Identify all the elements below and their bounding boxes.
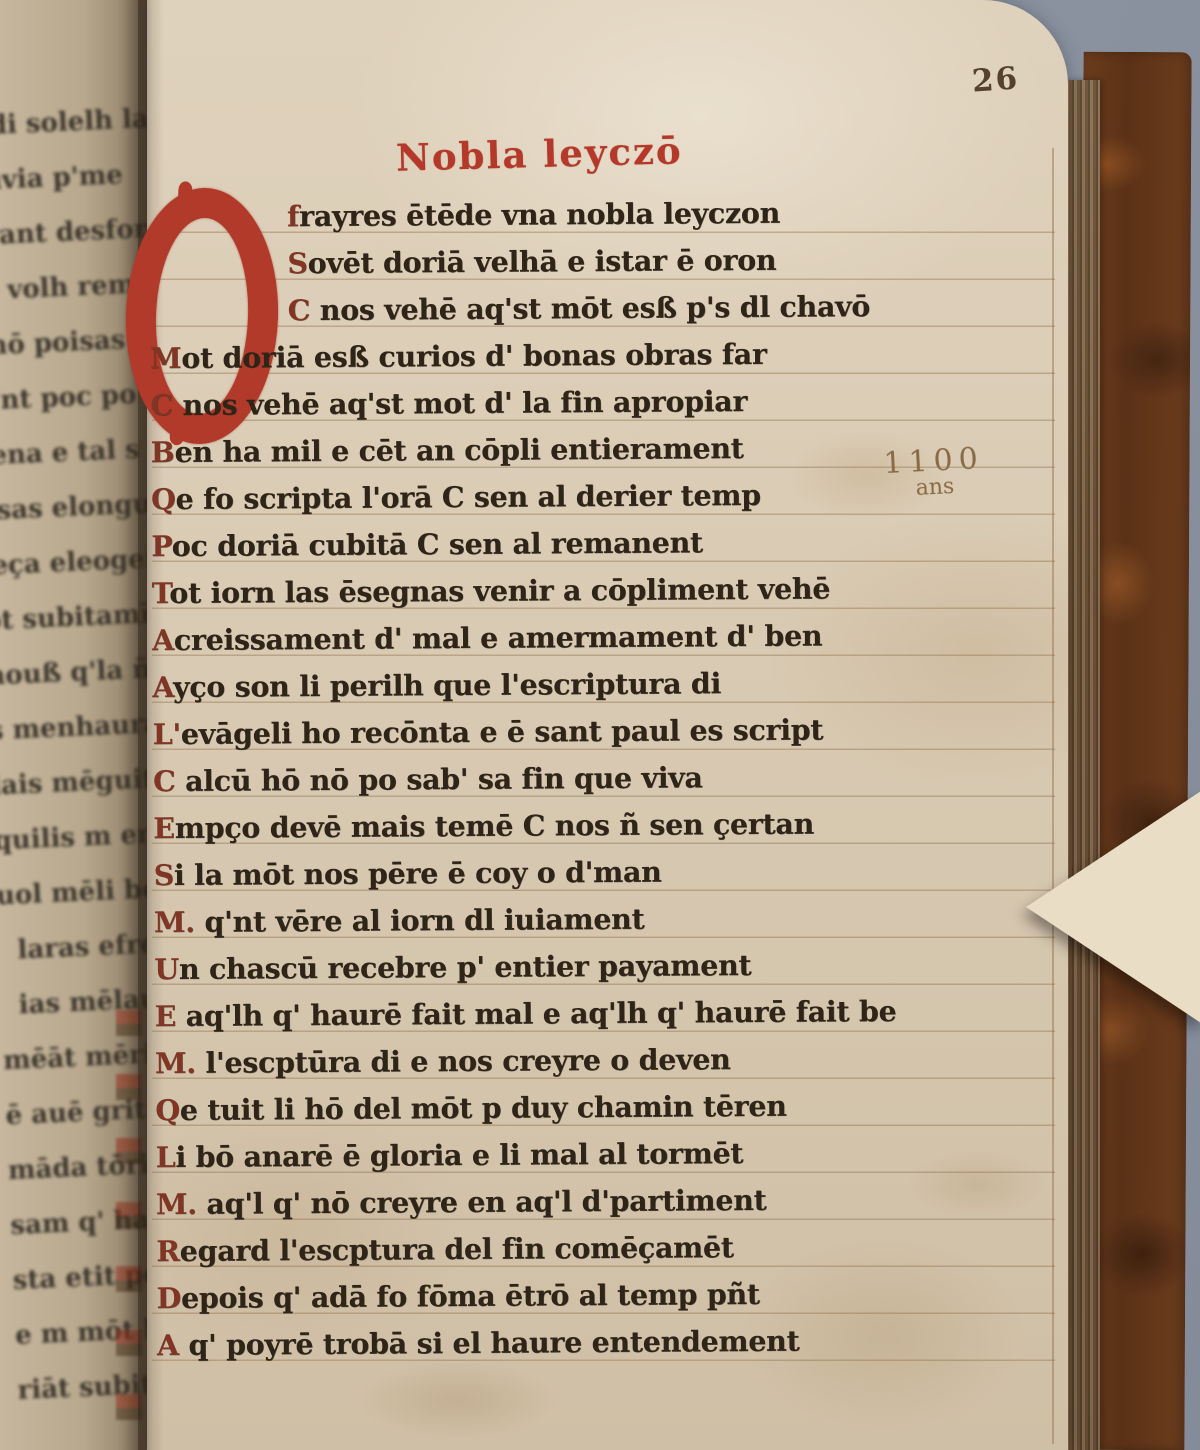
text-line: Tot iorn las ēsegnas venir a cōpliment v… — [152, 565, 1057, 618]
text-line: E aq'lh q' haurē fait mal e aq'lh q' hau… — [154, 988, 1059, 1041]
facing-text-fragment: enō poisas de — [0, 313, 131, 375]
text-line: M. l'escptūra di e nos creyre o deven — [155, 1035, 1060, 1088]
text-line: Si la mōt nos pēre ē coy o d'man — [154, 847, 1059, 900]
text-line: A q' poyrē trobā si el haure entendement — [157, 1317, 1062, 1370]
text-line: Depois q' adā fo fōma ētrō al temp pñt — [156, 1270, 1061, 1323]
text-line: Qe fo scripta l'orā C sen al derier temp — [151, 471, 1056, 524]
text-line: Empço devē mais temē C nos ñ sen çertan — [153, 800, 1058, 853]
manuscript-text-block: frayres ētēde vna nobla leyczon Sovēt do… — [149, 189, 1062, 1370]
facing-text-fragment: te volh rem — [0, 258, 129, 320]
bone-folder-pointer — [1026, 788, 1200, 1026]
text-line: Qe tuit li hō del mōt p duy chamin tēren — [155, 1082, 1060, 1135]
facing-page-edge: ō di solelh la t havia p'me grant desfor… — [0, 0, 152, 1450]
folio-number: 26 — [971, 60, 1021, 99]
facing-text-fragment: rena e tal s — [0, 423, 136, 485]
text-line: C alcū hō nō po sab' sa fin que viva — [153, 753, 1058, 806]
text-line: Acreissament d' mal e amermament d' ben — [152, 612, 1057, 665]
text-line: frayres ētēde vna nobla leyczon — [149, 189, 1054, 242]
text-line: Poc doriā cubitā C sen al remanent — [151, 518, 1056, 571]
text-line: M. q'nt vēre al iorn dl iuiament — [154, 894, 1059, 947]
parchment-stain — [357, 1360, 557, 1440]
text-line: L'evāgeli ho recōnta e ē sant paul es sc… — [153, 706, 1058, 759]
text-line: Sovēt doriā velhā e istar ē oron — [149, 236, 1054, 289]
text-line: Mot doriā esß curios d' bonas obras far — [150, 330, 1055, 383]
text-line: Ayço son li perilh que l'escriptura di — [152, 659, 1057, 712]
text-line: Li bō anarē ē gloria e li mal al tormēt — [155, 1129, 1060, 1182]
text-line: C nos vehē aq'st mot d' la fin apropiar — [150, 377, 1055, 430]
text-line: Un chascū recebre p' entier payament — [154, 941, 1059, 994]
text-line: Regard l'escptura del fin comēçamēt — [156, 1223, 1061, 1276]
facing-text-fragment: q'nt poc po d — [0, 368, 134, 430]
text-line: Ben ha mil e cēt an cōpli entierament — [151, 424, 1056, 477]
facing-text-fragment: havia p'me — [0, 148, 124, 210]
facing-text-fragment: ō di solelh la t — [0, 93, 122, 155]
text-line: M. aq'l q' nō creyre en aq'l d'partiment — [156, 1176, 1061, 1229]
bone-folder-tip — [1026, 788, 1200, 1026]
manuscript-photo: ō di solelh la t havia p'me grant desfor… — [0, 0, 1200, 1450]
text-line: C nos vehē aq'st mōt esß p's dl chavō — [150, 283, 1055, 336]
facing-text-fragment: grant desfor — [0, 203, 126, 265]
rubric-title: Nobla leyczō — [395, 128, 683, 179]
